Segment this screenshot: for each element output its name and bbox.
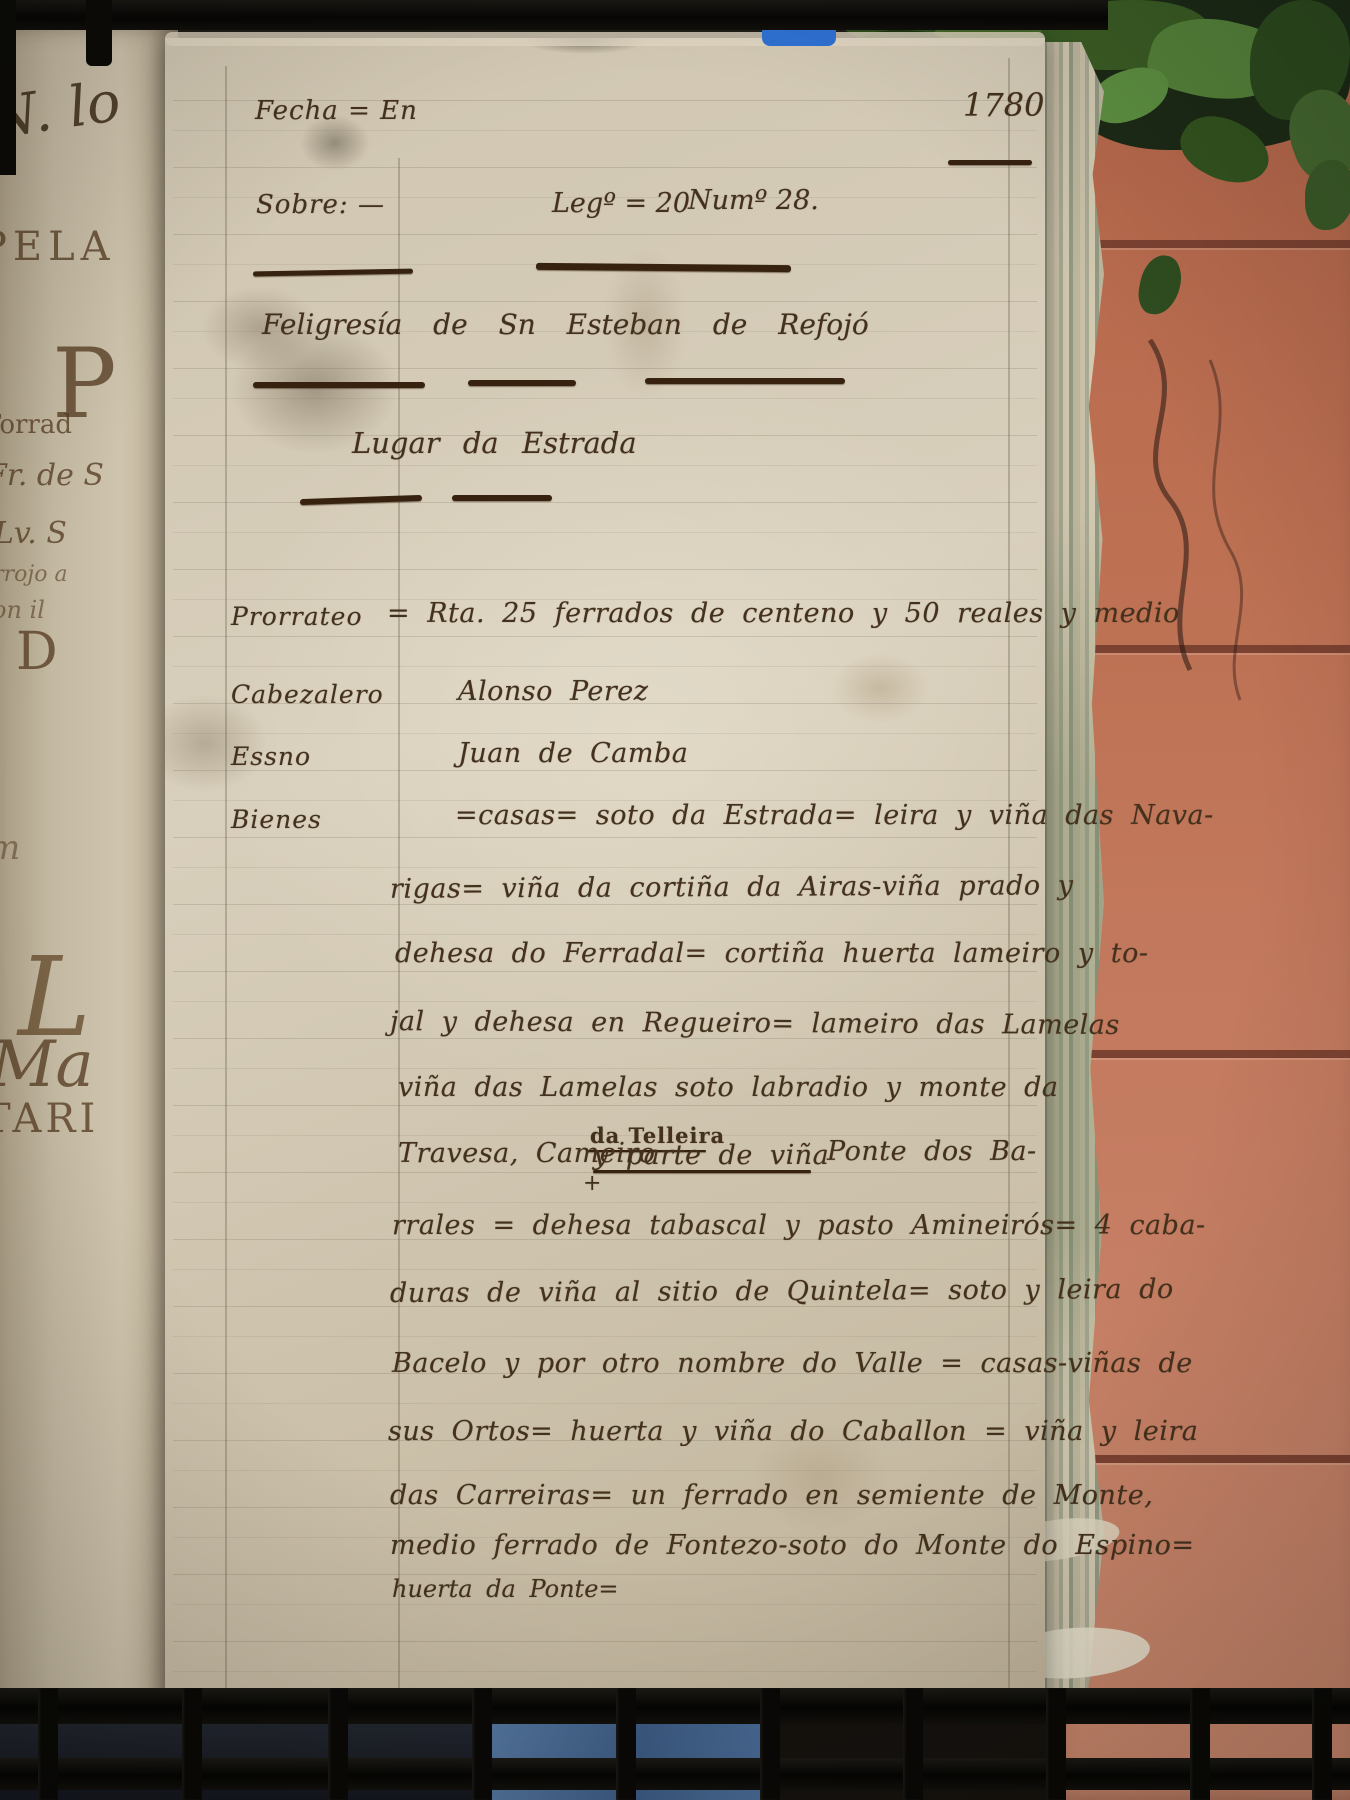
bleedthrough-text: Torrad [0,410,72,440]
vine-shadow-marks [1080,320,1340,740]
tile-grout-line [1055,1050,1350,1058]
prorrateo-label: Prorrateo [231,602,363,631]
underline-year [948,160,1032,165]
cabezalero-label: Cabezalero [231,680,384,709]
grille-bar [903,1688,923,1800]
prorrateo-value: = Rta. 25 ferrados de centeno y 50 reale… [387,598,1180,629]
bienes-label: Bienes [231,805,322,834]
bleedthrough-text: N. lo [0,69,125,152]
bienes-line: Bacelo y por otro nombre do Valle = casa… [392,1348,1193,1379]
grille-bar [328,1688,348,1800]
bleedthrough-text: Lv. S [0,516,67,551]
grille-bar [760,1688,780,1800]
escribano-label: Essno [231,742,311,771]
bienes-line: duras de viña al sitio de Quintela= soto… [390,1274,1174,1309]
grille-bottom-rail [0,1688,1350,1724]
bienes-line: viña das Lamelas soto labradio y monte d… [398,1072,1059,1103]
margin-rule-left [225,66,227,1688]
bienes-line: rigas= viña da cortiña da Airas-viña pra… [390,870,1074,905]
bienes-line: medio ferrado de Fontezo-soto do Monte d… [390,1530,1195,1561]
cabezalero-value: Alonso Perez [458,676,649,707]
grille-top-bar [0,0,1108,30]
bleedthrough-text: PELA [0,224,116,270]
grille-left-stub [0,0,16,175]
bienes-line: das Carreiras= un ferrado en semiente de… [390,1480,1153,1511]
tile-grout-line [1055,1455,1350,1463]
sobre-label: Sobre: — [256,190,385,220]
rule-stroke [468,380,576,386]
bleedthrough-text: TARI [0,1096,99,1142]
left-book-page: N. lo PELA P Torrad Fr. de S Lv. S arroj… [0,28,178,1733]
bleedthrough-text: D [16,622,58,682]
grille-bar [616,1688,636,1800]
bienes-line6-b-underlined: y parte de viña [593,1140,829,1171]
bleedthrough-text: arrojo a [0,562,68,587]
rule-stroke [645,378,845,384]
caret-underline [593,1170,811,1173]
grille-bar [1190,1688,1210,1800]
grille-bar [182,1688,202,1800]
bienes-line6-c: Ponte dos Ba- [827,1136,1037,1167]
bienes-line: huerta da Ponte= [392,1575,619,1603]
caret-mark: + [583,1171,601,1196]
bleedthrough-text: Fr. de S [0,458,104,493]
bienes-line: dehesa do Ferradal= cortiña huerta lamei… [395,938,1148,969]
bienes-line: rrales = dehesa tabascal y pasto Amineir… [392,1210,1206,1241]
grille-bar [38,1688,58,1800]
legajo-number: Legº = 20 [552,188,690,219]
grille-bottom-rail [0,1758,1350,1790]
lugar-title: Lugar da Estrada [352,426,637,460]
grille-bar [1046,1688,1066,1800]
feligresia-title: Feligresía de Sn Esteban de Refojó [262,308,869,341]
bienes-line: sus Ortos= huerta y viña do Caballon = v… [388,1416,1198,1447]
bienes-line: =casas= soto da Estrada= leira y viña da… [455,800,1214,831]
grille-top-stub [86,0,112,66]
fecha-label: Fecha = En [255,96,418,126]
leaf [1305,160,1350,230]
page-torn-top-edge [165,32,1045,46]
year-1780: 1780 [963,86,1044,124]
bleedthrough-text: on il [0,596,45,624]
bleedthrough-text: Ma [0,1028,94,1102]
document-number: Numº 28. [688,185,819,216]
bleedthrough-text: m [0,828,20,868]
rule-stroke [452,495,552,501]
manuscript-page: Fecha = En 1780 Sobre: — Legº = 20 Numº … [165,38,1045,1703]
photo-of-manuscript: N. lo PELA P Torrad Fr. de S Lv. S arroj… [0,0,1350,1800]
grille-bar [1312,1688,1332,1800]
grille-bar [472,1688,492,1800]
rule-stroke [253,382,425,388]
escribano-value: Juan de Camba [458,738,688,769]
bienes-line: jal y dehesa en Regueiro= lameiro das La… [390,1006,1120,1041]
